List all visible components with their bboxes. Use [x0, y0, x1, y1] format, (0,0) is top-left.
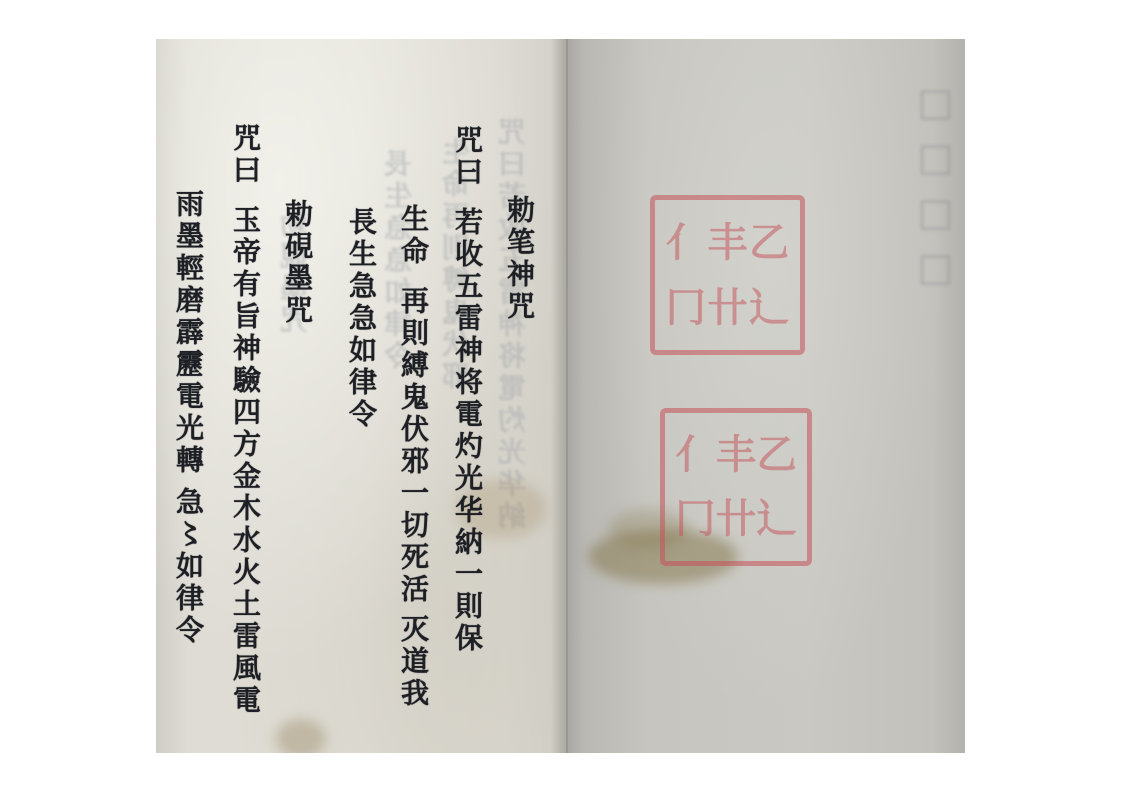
column-3-text-a: 生命: [397, 204, 430, 268]
seal-glyphs: ⺅丰乙冂卄⻌: [665, 210, 790, 340]
seal-top: ⺅丰乙冂卄⻌: [650, 195, 805, 355]
column-3-text-c: 灭道我: [397, 614, 430, 710]
faded-cover-title: □□□□: [916, 79, 954, 299]
right-page: □□□□ ⺅丰乙冂卄⻌ ⺅丰乙冂卄⻌: [568, 39, 965, 753]
bleed-through-text: 咒曰若收五雷神将電灼光华納: [500, 117, 528, 533]
column-2-text: 若收五雷神将電灼光华納一則保: [451, 207, 484, 655]
seal-glyphs: ⺅丰乙冂卄⻌: [675, 423, 797, 551]
zhou-yue-label: 咒曰: [451, 125, 484, 189]
water-stain: [276, 719, 326, 753]
text-column-6: 咒曰玉帝有旨神驗四方金木水火土雷風電: [231, 123, 259, 717]
zhou-yue-label: 咒曰: [229, 123, 262, 187]
left-page: 咒曰若收五雷神将電灼光华納 生命再則縛鬼伏邪 長生急急如律令 勅硯墨咒 勅笔神咒…: [156, 39, 568, 753]
seal-bottom: ⺅丰乙冂卄⻌: [660, 408, 812, 566]
text-column-4: 長生急急如律令: [347, 207, 375, 431]
text-column-7: 雨墨輕磨霹靂電光轉急〻如律令: [174, 189, 202, 647]
manuscript-photo: 咒曰若收五雷神将電灼光华納 生命再則縛鬼伏邪 長生急急如律令 勅硯墨咒 勅笔神咒…: [156, 39, 965, 753]
column-4-text: 長生急急如律令: [345, 207, 378, 431]
text-column-1-heading: 勅笔神咒: [505, 195, 533, 323]
text-column-5-heading: 勅硯墨咒: [283, 199, 311, 327]
heading-chibi-shenzhou: 勅笔神咒: [503, 195, 536, 323]
column-7-text-a: 雨墨輕磨霹靂電光轉: [172, 189, 205, 477]
column-3-text-b: 再則縛鬼伏邪一切死活: [397, 286, 430, 606]
column-6-text: 玉帝有旨神驗四方金木水火土雷風電: [229, 205, 262, 717]
text-column-2: 咒曰若收五雷神将電灼光华納一則保: [453, 125, 481, 655]
text-column-3: 生命再則縛鬼伏邪一切死活灭道我: [399, 204, 427, 710]
heading-chi-yanmo-zhou: 勅硯墨咒: [281, 199, 314, 327]
column-7-text-b: 急〻如律令: [172, 487, 205, 647]
